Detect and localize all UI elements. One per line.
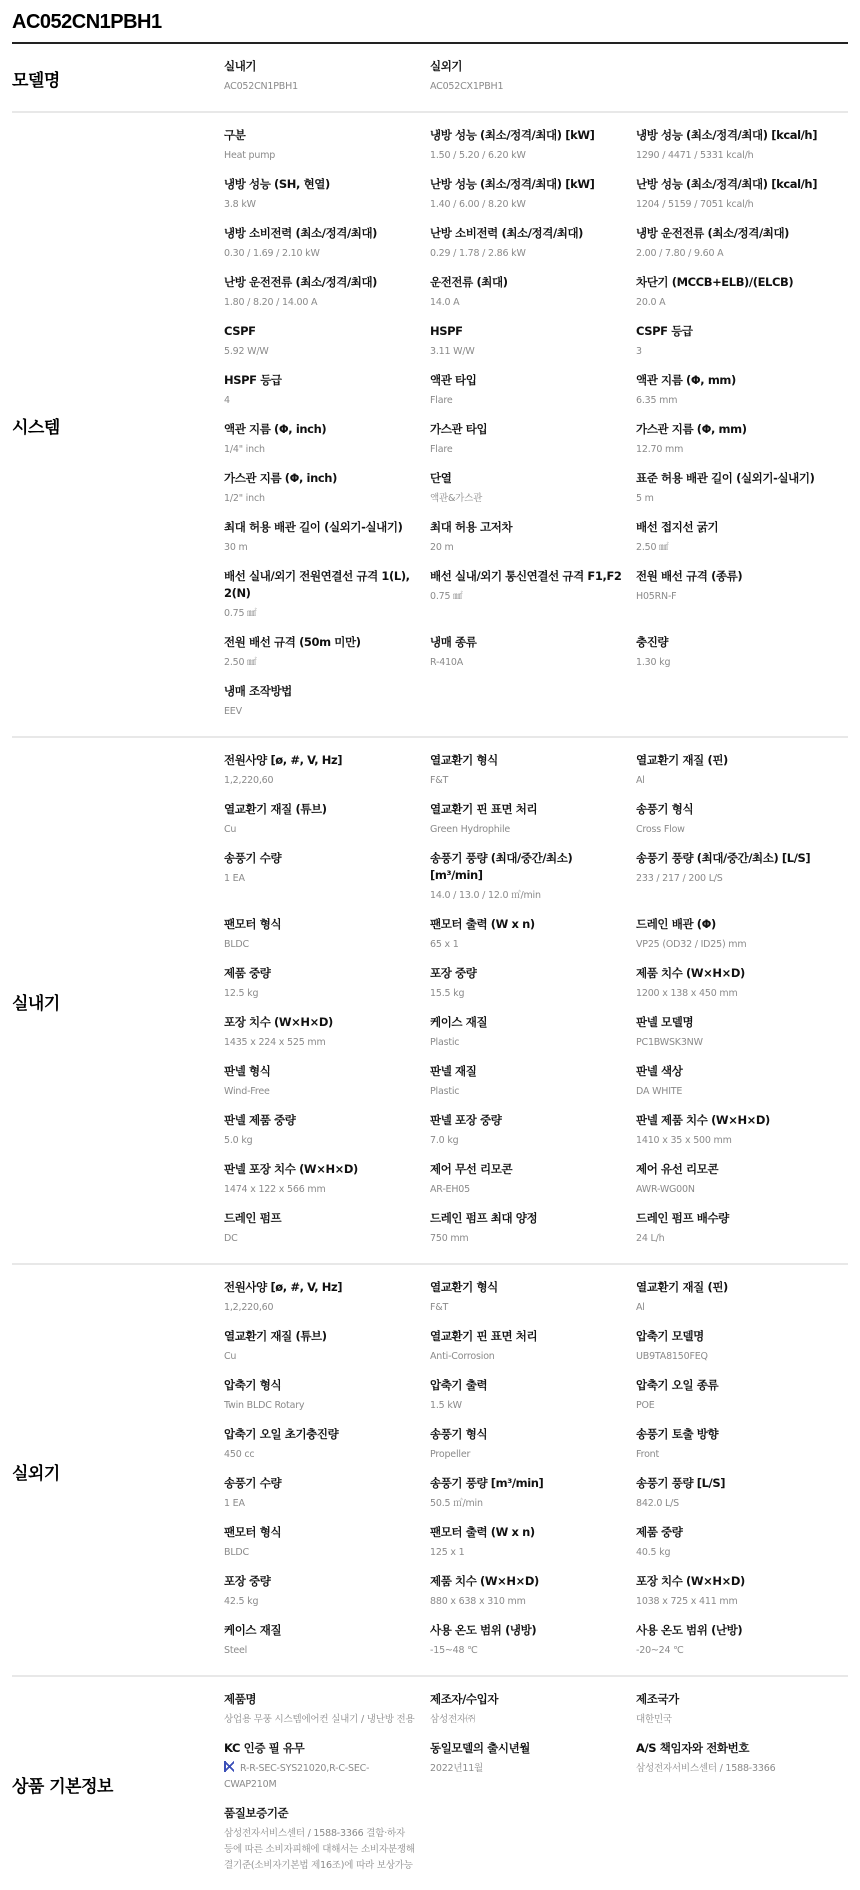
- spec-item: 송풍기 토출 방향Front: [636, 1426, 842, 1463]
- spec-value-text: R-R-SEC-SYS21020,R-C-SEC-CWAP210M: [224, 1763, 369, 1790]
- spec-value: 1204 / 5159 / 7051 kcal/h: [636, 197, 828, 213]
- spec-label: 제어 유선 리모콘: [636, 1161, 828, 1178]
- spec-label: 제품 치수 (W×H×D): [430, 1573, 622, 1590]
- spec-value: 12.70 mm: [636, 442, 828, 458]
- spec-label: 전원사양 [ø, #, V, Hz]: [224, 1279, 416, 1296]
- spec-label: 드레인 배관 (Φ): [636, 916, 828, 933]
- spec-item: 포장 치수 (W×H×D)1435 x 224 x 525 mm: [224, 1014, 430, 1051]
- spec-item: KC 인증 필 유무R-R-SEC-SYS21020,R-C-SEC-CWAP2…: [224, 1740, 430, 1793]
- spec-value: Flare: [430, 393, 622, 409]
- spec-value: 0.29 / 1.78 / 2.86 kW: [430, 246, 622, 262]
- spec-label: 액관 타입: [430, 372, 622, 389]
- section-indoor-unit: 실내기 전원사양 [ø, #, V, Hz]1,2,220,60열교환기 형식F…: [12, 738, 848, 1265]
- spec-label: 사용 온도 범위 (난방): [636, 1622, 828, 1639]
- spec-item: 판넬 포장 치수 (W×H×D)1474 x 122 x 566 mm: [224, 1161, 430, 1198]
- spec-item: 판넬 색상DA WHITE: [636, 1063, 842, 1100]
- spec-value: 1/2" inch: [224, 491, 416, 507]
- spec-value: BLDC: [224, 937, 416, 953]
- spec-item: 압축기 오일 종류POE: [636, 1377, 842, 1414]
- spec-label: 냉방 성능 (최소/정격/최대) [kcal/h]: [636, 127, 828, 144]
- spec-value: 삼성전자서비스센터 / 1588-3366 결함·하자 등에 따른 소비자피해에…: [224, 1826, 416, 1874]
- spec-item: CSPF5.92 W/W: [224, 323, 430, 360]
- spec-label: 팬모터 출력 (W x n): [430, 1524, 622, 1541]
- spec-value: 65 x 1: [430, 937, 622, 953]
- spec-label: 표준 허용 배관 길이 (실외기-실내기): [636, 470, 828, 487]
- spec-value: 6.35 mm: [636, 393, 828, 409]
- spec-grid: 구분Heat pump냉방 성능 (최소/정격/최대) [kW]1.50 / 5…: [224, 127, 848, 732]
- spec-label: 충진량: [636, 634, 828, 651]
- spec-value: Heat pump: [224, 148, 416, 164]
- spec-value: AWR-WG00N: [636, 1182, 828, 1198]
- spec-item: 송풍기 풍량 (최대/중간/최소) [m³/min]14.0 / 13.0 / …: [430, 850, 636, 904]
- spec-item: 제조국가대한민국: [636, 1691, 842, 1728]
- spec-label: 냉방 소비전력 (최소/정격/최대): [224, 225, 416, 242]
- spec-item: 품질보증기준삼성전자서비스센터 / 1588-3366 결함·하자 등에 따른 …: [224, 1805, 430, 1874]
- spec-label: 제어 무선 리모콘: [430, 1161, 622, 1178]
- spec-value: Cu: [224, 822, 416, 838]
- spec-label: 압축기 오일 초기충진량: [224, 1426, 416, 1443]
- spec-label: 난방 운전전류 (최소/정격/최대): [224, 274, 416, 291]
- spec-label: 팬모터 형식: [224, 1524, 416, 1541]
- spec-value: 2.50 ㎟: [636, 540, 828, 556]
- spec-value: Cross Flow: [636, 822, 828, 838]
- spec-value: 3.11 W/W: [430, 344, 622, 360]
- spec-value: 2.50 ㎟: [224, 655, 416, 671]
- spec-value: 1038 x 725 x 411 mm: [636, 1594, 828, 1610]
- spec-item: 드레인 펌프 최대 양정750 mm: [430, 1210, 636, 1247]
- spec-label: 전원 배선 규격 (종류): [636, 568, 828, 585]
- spec-item: 송풍기 수량1 EA: [224, 850, 430, 904]
- spec-item: 제품 치수 (W×H×D)1200 x 138 x 450 mm: [636, 965, 842, 1002]
- spec-value: 0.75 ㎟: [224, 606, 416, 622]
- spec-label: 송풍기 풍량 [L/S]: [636, 1475, 828, 1492]
- spec-label: 제조국가: [636, 1691, 828, 1708]
- spec-item: 냉방 운전전류 (최소/정격/최대)2.00 / 7.80 / 9.60 A: [636, 225, 842, 262]
- spec-value: AC052CX1PBH1: [430, 79, 622, 95]
- spec-item: HSPF 등급4: [224, 372, 430, 409]
- spec-item: 팬모터 형식BLDC: [224, 1524, 430, 1561]
- spec-page: AC052CN1PBH1 모델명 실내기AC052CN1PBH1 실외기AC05…: [0, 0, 860, 1890]
- spec-label: 판넬 형식: [224, 1063, 416, 1080]
- spec-label: 냉방 성능 (SH, 현열): [224, 176, 416, 193]
- spec-value: 삼성전자㈜: [430, 1712, 622, 1728]
- spec-label: 단열: [430, 470, 622, 487]
- spec-value: Flare: [430, 442, 622, 458]
- spec-item: 사용 온도 범위 (냉방)-15~48 ℃: [430, 1622, 636, 1659]
- spec-label: 액관 지름 (Φ, inch): [224, 421, 416, 438]
- spec-item: 가스관 지름 (Φ, mm)12.70 mm: [636, 421, 842, 458]
- spec-value: H05RN-F: [636, 589, 828, 605]
- spec-item: HSPF3.11 W/W: [430, 323, 636, 360]
- spec-label: 최대 허용 배관 길이 (실외기-실내기): [224, 519, 416, 536]
- spec-label: 차단기 (MCCB+ELB)/(ELCB): [636, 274, 828, 291]
- spec-value: 액관&가스관: [430, 491, 622, 507]
- spec-label: 송풍기 풍량 (최대/중간/최소) [m³/min]: [430, 850, 622, 884]
- spec-value: 1/4" inch: [224, 442, 416, 458]
- spec-value: 5.0 kg: [224, 1133, 416, 1149]
- spec-value: 842.0 L/S: [636, 1496, 828, 1512]
- section-heading: 상품 기본정보: [12, 1691, 224, 1886]
- spec-item: 동일모델의 출시년월2022년11월: [430, 1740, 636, 1793]
- spec-value: POE: [636, 1398, 828, 1414]
- model-title: AC052CN1PBH1: [12, 0, 848, 44]
- spec-item: 드레인 펌프 배수량24 L/h: [636, 1210, 842, 1247]
- spec-value: 5.92 W/W: [224, 344, 416, 360]
- spec-value: 40.5 kg: [636, 1545, 828, 1561]
- spec-label: 송풍기 수량: [224, 850, 416, 867]
- section-heading: 모델명: [12, 58, 224, 107]
- spec-value: 20.0 A: [636, 295, 828, 311]
- spec-value: 1.80 / 8.20 / 14.00 A: [224, 295, 416, 311]
- spec-label: 가스관 지름 (Φ, mm): [636, 421, 828, 438]
- spec-label: 제품 중량: [636, 1524, 828, 1541]
- spec-value: F&T: [430, 773, 622, 789]
- spec-item: 판넬 제품 치수 (W×H×D)1410 x 35 x 500 mm: [636, 1112, 842, 1149]
- spec-label: 압축기 오일 종류: [636, 1377, 828, 1394]
- spec-value: 4: [224, 393, 416, 409]
- spec-grid: 전원사양 [ø, #, V, Hz]1,2,220,60열교환기 형식F&T열교…: [224, 1279, 848, 1671]
- spec-label: 포장 중량: [430, 965, 622, 982]
- spec-value: Propeller: [430, 1447, 622, 1463]
- spec-label: 판넬 포장 치수 (W×H×D): [224, 1161, 416, 1178]
- spec-value: Front: [636, 1447, 828, 1463]
- spec-item: 난방 운전전류 (최소/정격/최대)1.80 / 8.20 / 14.00 A: [224, 274, 430, 311]
- spec-grid: 전원사양 [ø, #, V, Hz]1,2,220,60열교환기 형식F&T열교…: [224, 752, 848, 1259]
- kc-mark-icon: [224, 1761, 234, 1772]
- spec-value: Green Hydrophile: [430, 822, 622, 838]
- spec-item: 난방 성능 (최소/정격/최대) [kW]1.40 / 6.00 / 8.20 …: [430, 176, 636, 213]
- spec-label: 가스관 타입: [430, 421, 622, 438]
- spec-label: HSPF 등급: [224, 372, 416, 389]
- spec-item: 판넬 포장 중량7.0 kg: [430, 1112, 636, 1149]
- spec-value: 2.00 / 7.80 / 9.60 A: [636, 246, 828, 262]
- spec-item: 압축기 형식Twin BLDC Rotary: [224, 1377, 430, 1414]
- spec-value: DA WHITE: [636, 1084, 828, 1100]
- spec-value: 1.40 / 6.00 / 8.20 kW: [430, 197, 622, 213]
- spec-item: 드레인 펌프DC: [224, 1210, 430, 1247]
- spec-value: R-R-SEC-SYS21020,R-C-SEC-CWAP210M: [224, 1761, 416, 1793]
- spec-label: 제품 치수 (W×H×D): [636, 965, 828, 982]
- spec-item: 압축기 모델명UB9TA8150FEQ: [636, 1328, 842, 1365]
- spec-label: 열교환기 재질 (튜브): [224, 801, 416, 818]
- section-heading: 실내기: [12, 752, 224, 1259]
- spec-item: 전원사양 [ø, #, V, Hz]1,2,220,60: [224, 752, 430, 789]
- spec-value: 1.50 / 5.20 / 6.20 kW: [430, 148, 622, 164]
- spec-value: 대한민국: [636, 1712, 828, 1728]
- spec-value: BLDC: [224, 1545, 416, 1561]
- spec-item: 송풍기 형식Propeller: [430, 1426, 636, 1463]
- spec-value: Al: [636, 773, 828, 789]
- spec-label: 드레인 펌프: [224, 1210, 416, 1227]
- spec-item: 열교환기 형식F&T: [430, 1279, 636, 1316]
- spec-value: 750 mm: [430, 1231, 622, 1247]
- spec-item: 배선 접지선 굵기2.50 ㎟: [636, 519, 842, 556]
- spec-value: PC1BWSK3NW: [636, 1035, 828, 1051]
- spec-item: 압축기 오일 초기충진량450 cc: [224, 1426, 430, 1463]
- spec-item: 포장 중량15.5 kg: [430, 965, 636, 1002]
- spec-label: 케이스 재질: [224, 1622, 416, 1639]
- spec-value: 14.0 A: [430, 295, 622, 311]
- spec-item: 열교환기 재질 (핀)Al: [636, 1279, 842, 1316]
- spec-item: 사용 온도 범위 (난방)-20~24 ℃: [636, 1622, 842, 1659]
- spec-item: 포장 중량42.5 kg: [224, 1573, 430, 1610]
- spec-value: 30 m: [224, 540, 416, 556]
- spec-value: 12.5 kg: [224, 986, 416, 1002]
- spec-label: 실외기: [430, 58, 622, 75]
- spec-value: DC: [224, 1231, 416, 1247]
- spec-value: VP25 (OD32 / ID25) mm: [636, 937, 828, 953]
- spec-value: -15~48 ℃: [430, 1643, 622, 1659]
- spec-item: 제조자/수입자삼성전자㈜: [430, 1691, 636, 1728]
- spec-label: 드레인 펌프 배수량: [636, 1210, 828, 1227]
- spec-value: 0.30 / 1.69 / 2.10 kW: [224, 246, 416, 262]
- spec-item: 냉매 조작방법EEV: [224, 683, 430, 720]
- spec-label: 압축기 형식: [224, 1377, 416, 1394]
- spec-item: 전원 배선 규격 (50m 미만)2.50 ㎟: [224, 634, 430, 671]
- spec-value: 450 cc: [224, 1447, 416, 1463]
- spec-value: 1 EA: [224, 871, 416, 887]
- spec-value: 50.5 ㎥/min: [430, 1496, 622, 1512]
- spec-value: 1.5 kW: [430, 1398, 622, 1414]
- spec-item: 실내기AC052CN1PBH1: [224, 58, 430, 95]
- spec-item: 배선 실내/외기 통신연결선 규격 F1,F20.75 ㎟: [430, 568, 636, 622]
- spec-value: 1,2,220,60: [224, 1300, 416, 1316]
- spec-label: 전원사양 [ø, #, V, Hz]: [224, 752, 416, 769]
- spec-item: 열교환기 재질 (튜브)Cu: [224, 1328, 430, 1365]
- spec-value: Al: [636, 1300, 828, 1316]
- spec-value: Twin BLDC Rotary: [224, 1398, 416, 1414]
- spec-value: AR-EH05: [430, 1182, 622, 1198]
- spec-item: 드레인 배관 (Φ)VP25 (OD32 / ID25) mm: [636, 916, 842, 953]
- spec-item: 단열액관&가스관: [430, 470, 636, 507]
- spec-label: 가스관 지름 (Φ, inch): [224, 470, 416, 487]
- section-outdoor-unit: 실외기 전원사양 [ø, #, V, Hz]1,2,220,60열교환기 형식F…: [12, 1265, 848, 1677]
- spec-value: 14.0 / 13.0 / 12.0 ㎥/min: [430, 888, 622, 904]
- spec-item: 냉방 성능 (최소/정격/최대) [kcal/h]1290 / 4471 / 5…: [636, 127, 842, 164]
- spec-label: CSPF 등급: [636, 323, 828, 340]
- spec-label: 압축기 출력: [430, 1377, 622, 1394]
- spec-label: 냉매 조작방법: [224, 683, 416, 700]
- spec-value: Cu: [224, 1349, 416, 1365]
- spec-item: 제품 중량12.5 kg: [224, 965, 430, 1002]
- spec-item: 운전전류 (최대)14.0 A: [430, 274, 636, 311]
- spec-label: 제조자/수입자: [430, 1691, 622, 1708]
- spec-value: 1,2,220,60: [224, 773, 416, 789]
- spec-label: 판넬 재질: [430, 1063, 622, 1080]
- spec-item: 충진량1.30 kg: [636, 634, 842, 671]
- spec-label: 드레인 펌프 최대 양정: [430, 1210, 622, 1227]
- spec-item: 차단기 (MCCB+ELB)/(ELCB)20.0 A: [636, 274, 842, 311]
- spec-item: 난방 성능 (최소/정격/최대) [kcal/h]1204 / 5159 / 7…: [636, 176, 842, 213]
- spec-label: 배선 접지선 굵기: [636, 519, 828, 536]
- spec-label: 판넬 제품 중량: [224, 1112, 416, 1129]
- spec-item: 가스관 지름 (Φ, inch)1/2" inch: [224, 470, 430, 507]
- spec-item: 액관 지름 (Φ, mm)6.35 mm: [636, 372, 842, 409]
- spec-item: 제품명상업용 무풍 시스템에어컨 실내기 / 냉난방 전용: [224, 1691, 430, 1728]
- spec-item: 판넬 모델명PC1BWSK3NW: [636, 1014, 842, 1051]
- spec-value: 1290 / 4471 / 5331 kcal/h: [636, 148, 828, 164]
- spec-item: 송풍기 형식Cross Flow: [636, 801, 842, 838]
- spec-label: 난방 성능 (최소/정격/최대) [kcal/h]: [636, 176, 828, 193]
- spec-item: 송풍기 풍량 [m³/min]50.5 ㎥/min: [430, 1475, 636, 1512]
- spec-item: 최대 허용 고저차20 m: [430, 519, 636, 556]
- spec-label: 제품 중량: [224, 965, 416, 982]
- spec-item: 압축기 출력1.5 kW: [430, 1377, 636, 1414]
- spec-label: 액관 지름 (Φ, mm): [636, 372, 828, 389]
- spec-label: 포장 중량: [224, 1573, 416, 1590]
- section-product-info: 상품 기본정보 제품명상업용 무풍 시스템에어컨 실내기 / 냉난방 전용제조자…: [12, 1677, 848, 1890]
- spec-label: 판넬 제품 치수 (W×H×D): [636, 1112, 828, 1129]
- spec-item: 표준 허용 배관 길이 (실외기-실내기)5 m: [636, 470, 842, 507]
- spec-item: 최대 허용 배관 길이 (실외기-실내기)30 m: [224, 519, 430, 556]
- spec-item: 열교환기 핀 표면 처리Anti-Corrosion: [430, 1328, 636, 1365]
- spec-item: 송풍기 수량1 EA: [224, 1475, 430, 1512]
- spec-item: 열교환기 재질 (튜브)Cu: [224, 801, 430, 838]
- spec-value: 1200 x 138 x 450 mm: [636, 986, 828, 1002]
- spec-grid: 제품명상업용 무풍 시스템에어컨 실내기 / 냉난방 전용제조자/수입자삼성전자…: [224, 1691, 848, 1886]
- spec-label: 송풍기 풍량 (최대/중간/최소) [L/S]: [636, 850, 828, 867]
- spec-label: 열교환기 핀 표면 처리: [430, 1328, 622, 1345]
- spec-label: 냉방 성능 (최소/정격/최대) [kW]: [430, 127, 622, 144]
- spec-value: 2022년11월: [430, 1761, 622, 1777]
- spec-value: 42.5 kg: [224, 1594, 416, 1610]
- spec-value: 1 EA: [224, 1496, 416, 1512]
- spec-value: 7.0 kg: [430, 1133, 622, 1149]
- spec-value: Steel: [224, 1643, 416, 1659]
- spec-value: Wind-Free: [224, 1084, 416, 1100]
- spec-label: 팬모터 출력 (W x n): [430, 916, 622, 933]
- spec-value: Plastic: [430, 1035, 622, 1051]
- spec-item: 난방 소비전력 (최소/정격/최대)0.29 / 1.78 / 2.86 kW: [430, 225, 636, 262]
- spec-label: 열교환기 형식: [430, 1279, 622, 1296]
- spec-item: 냉방 소비전력 (최소/정격/최대)0.30 / 1.69 / 2.10 kW: [224, 225, 430, 262]
- spec-label: 송풍기 풍량 [m³/min]: [430, 1475, 622, 1492]
- spec-item: 제품 치수 (W×H×D)880 x 638 x 310 mm: [430, 1573, 636, 1610]
- spec-label: 냉방 운전전류 (최소/정격/최대): [636, 225, 828, 242]
- spec-label: A/S 책임자와 전화번호: [636, 1740, 828, 1757]
- spec-value: 0.75 ㎟: [430, 589, 622, 605]
- spec-item: 냉방 성능 (최소/정격/최대) [kW]1.50 / 5.20 / 6.20 …: [430, 127, 636, 164]
- spec-value: EEV: [224, 704, 416, 720]
- spec-grid: 실내기AC052CN1PBH1 실외기AC052CX1PBH1: [224, 58, 848, 107]
- spec-label: 열교환기 핀 표면 처리: [430, 801, 622, 818]
- spec-item: 전원 배선 규격 (종류)H05RN-F: [636, 568, 842, 622]
- spec-item: 팬모터 출력 (W x n)125 x 1: [430, 1524, 636, 1561]
- spec-value: 24 L/h: [636, 1231, 828, 1247]
- spec-label: 판넬 모델명: [636, 1014, 828, 1031]
- spec-item: 제품 중량40.5 kg: [636, 1524, 842, 1561]
- spec-label: 운전전류 (최대): [430, 274, 622, 291]
- spec-value: 5 m: [636, 491, 828, 507]
- spec-item: 판넬 제품 중량5.0 kg: [224, 1112, 430, 1149]
- spec-label: CSPF: [224, 323, 416, 340]
- spec-item: 제어 무선 리모콘AR-EH05: [430, 1161, 636, 1198]
- spec-label: 열교환기 재질 (튜브): [224, 1328, 416, 1345]
- spec-value: F&T: [430, 1300, 622, 1316]
- spec-label: 송풍기 수량: [224, 1475, 416, 1492]
- spec-value: Anti-Corrosion: [430, 1349, 622, 1365]
- spec-item: A/S 책임자와 전화번호삼성전자서비스센터 / 1588-3366: [636, 1740, 842, 1793]
- spec-label: 열교환기 재질 (핀): [636, 1279, 828, 1296]
- spec-item: 팬모터 형식BLDC: [224, 916, 430, 953]
- spec-label: 판넬 포장 중량: [430, 1112, 622, 1129]
- spec-item: 냉매 종류R-410A: [430, 634, 636, 671]
- spec-item: 팬모터 출력 (W x n)65 x 1: [430, 916, 636, 953]
- spec-item: CSPF 등급3: [636, 323, 842, 360]
- spec-item: 송풍기 풍량 (최대/중간/최소) [L/S]233 / 217 / 200 L…: [636, 850, 842, 904]
- spec-item: 열교환기 형식F&T: [430, 752, 636, 789]
- spec-value: 125 x 1: [430, 1545, 622, 1561]
- spec-value: 1435 x 224 x 525 mm: [224, 1035, 416, 1051]
- spec-label: 포장 치수 (W×H×D): [224, 1014, 416, 1031]
- spec-label: 냉매 종류: [430, 634, 622, 651]
- spec-item: 케이스 재질Plastic: [430, 1014, 636, 1051]
- spec-item: 제어 유선 리모콘AWR-WG00N: [636, 1161, 842, 1198]
- spec-value: R-410A: [430, 655, 622, 671]
- spec-value: Plastic: [430, 1084, 622, 1100]
- spec-item: 실외기AC052CX1PBH1: [430, 58, 636, 95]
- spec-item: 판넬 재질Plastic: [430, 1063, 636, 1100]
- spec-label: KC 인증 필 유무: [224, 1740, 416, 1757]
- spec-label: 포장 치수 (W×H×D): [636, 1573, 828, 1590]
- spec-value: 상업용 무풍 시스템에어컨 실내기 / 냉난방 전용: [224, 1712, 416, 1728]
- spec-value: 15.5 kg: [430, 986, 622, 1002]
- spec-label: 열교환기 재질 (핀): [636, 752, 828, 769]
- spec-item: 판넬 형식Wind-Free: [224, 1063, 430, 1100]
- spec-label: 팬모터 형식: [224, 916, 416, 933]
- spec-label: 케이스 재질: [430, 1014, 622, 1031]
- spec-value: -20~24 ℃: [636, 1643, 828, 1659]
- spec-value: 1.30 kg: [636, 655, 828, 671]
- spec-item: 열교환기 핀 표면 처리Green Hydrophile: [430, 801, 636, 838]
- spec-value: 880 x 638 x 310 mm: [430, 1594, 622, 1610]
- spec-label: HSPF: [430, 323, 622, 340]
- spec-value: 3.8 kW: [224, 197, 416, 213]
- spec-item: 액관 타입Flare: [430, 372, 636, 409]
- spec-label: 송풍기 형식: [636, 801, 828, 818]
- spec-label: 배선 실내/외기 전원연결선 규격 1(L), 2(N): [224, 568, 416, 602]
- spec-value: 3: [636, 344, 828, 360]
- spec-item: 배선 실내/외기 전원연결선 규격 1(L), 2(N)0.75 ㎟: [224, 568, 430, 622]
- spec-value: 20 m: [430, 540, 622, 556]
- spec-value: 1474 x 122 x 566 mm: [224, 1182, 416, 1198]
- spec-item: 포장 치수 (W×H×D)1038 x 725 x 411 mm: [636, 1573, 842, 1610]
- spec-item: 구분Heat pump: [224, 127, 430, 164]
- spec-value: 1410 x 35 x 500 mm: [636, 1133, 828, 1149]
- spec-value: AC052CN1PBH1: [224, 79, 416, 95]
- spec-label: 판넬 색상: [636, 1063, 828, 1080]
- spec-item: 가스관 타입Flare: [430, 421, 636, 458]
- spec-label: 실내기: [224, 58, 416, 75]
- section-model-name: 모델명 실내기AC052CN1PBH1 실외기AC052CX1PBH1: [12, 44, 848, 113]
- spec-label: 제품명: [224, 1691, 416, 1708]
- spec-label: 송풍기 형식: [430, 1426, 622, 1443]
- spec-label: 전원 배선 규격 (50m 미만): [224, 634, 416, 651]
- spec-item: 송풍기 풍량 [L/S]842.0 L/S: [636, 1475, 842, 1512]
- spec-label: 송풍기 토출 방향: [636, 1426, 828, 1443]
- spec-label: 난방 성능 (최소/정격/최대) [kW]: [430, 176, 622, 193]
- spec-value: 삼성전자서비스센터 / 1588-3366: [636, 1761, 828, 1777]
- spec-item: 열교환기 재질 (핀)Al: [636, 752, 842, 789]
- spec-item: 액관 지름 (Φ, inch)1/4" inch: [224, 421, 430, 458]
- spec-value: 233 / 217 / 200 L/S: [636, 871, 828, 887]
- spec-label: 배선 실내/외기 통신연결선 규격 F1,F2: [430, 568, 622, 585]
- section-heading: 실외기: [12, 1279, 224, 1671]
- spec-label: 열교환기 형식: [430, 752, 622, 769]
- spec-label: 구분: [224, 127, 416, 144]
- spec-value: UB9TA8150FEQ: [636, 1349, 828, 1365]
- spec-item: 전원사양 [ø, #, V, Hz]1,2,220,60: [224, 1279, 430, 1316]
